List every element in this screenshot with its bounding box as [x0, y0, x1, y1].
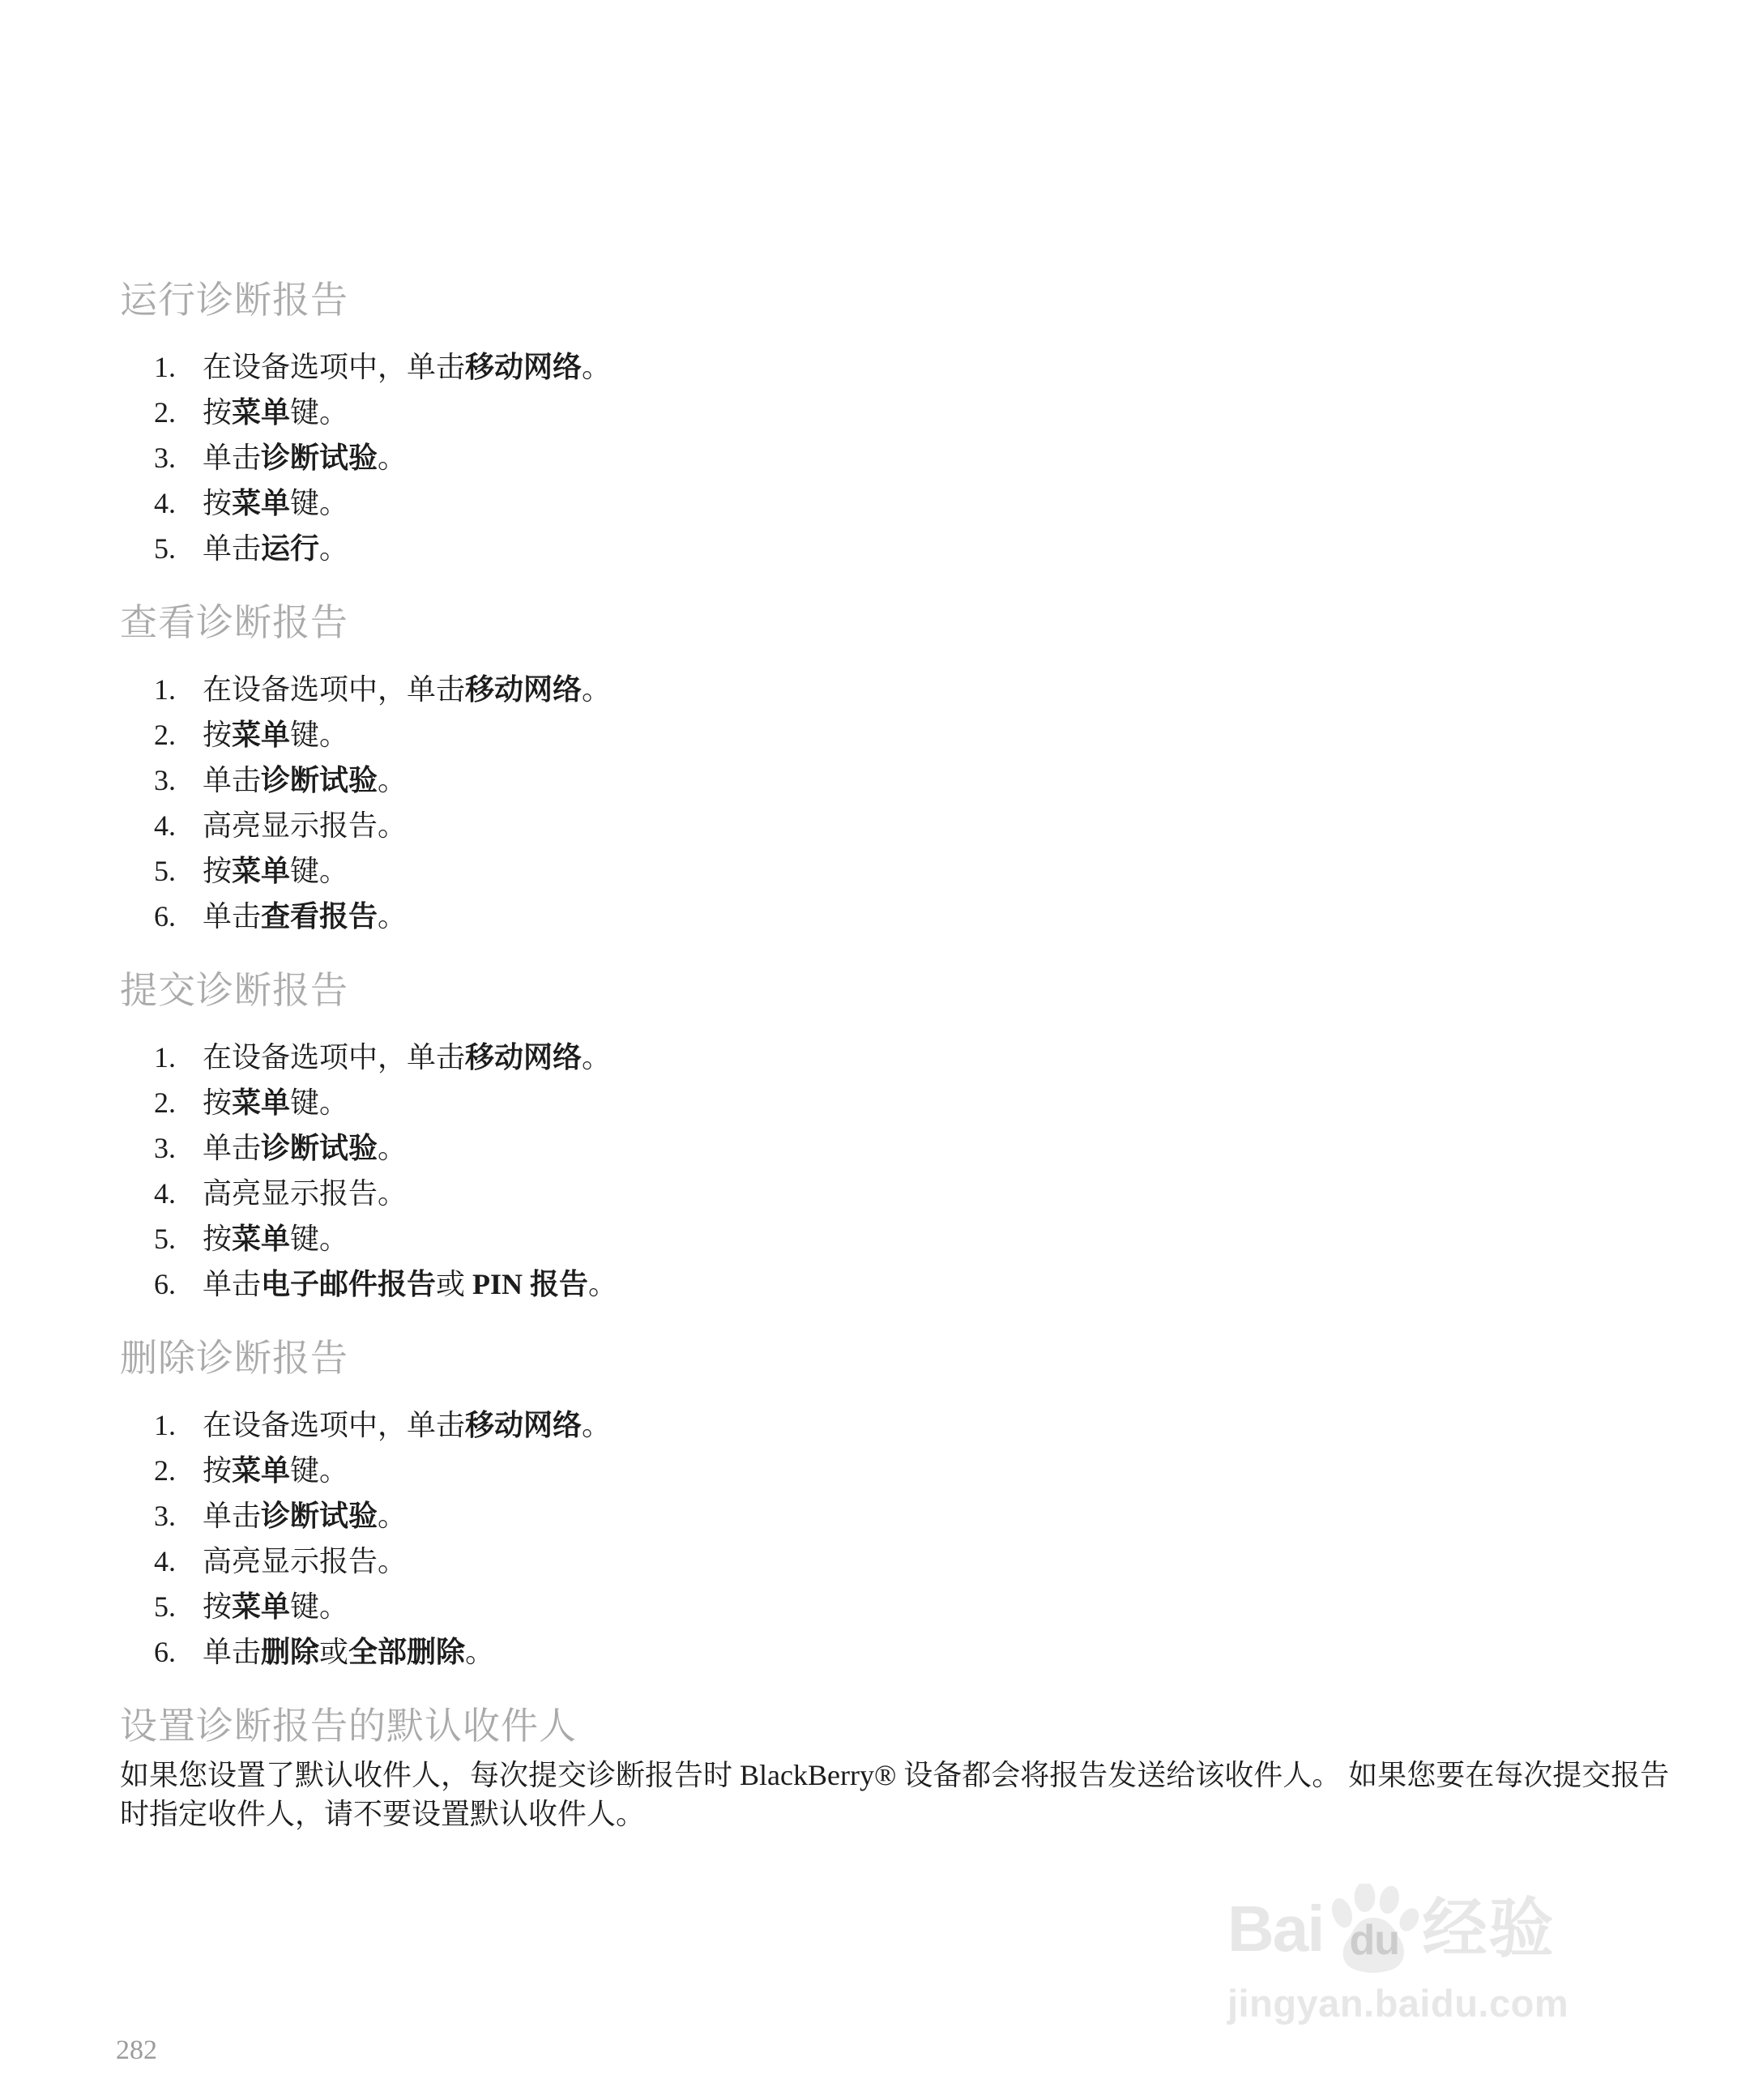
step-text-bold: 电子邮件报告	[261, 1268, 436, 1300]
section: 运行诊断报告1.在设备选项中，单击移动网络。2.按菜单键。3.单击诊断试验。4.…	[120, 280, 1684, 571]
section-paragraph: 如果您设置了默认收件人，每次提交诊断报告时 BlackBerry® 设备都会将报…	[120, 1756, 1684, 1833]
step-text-segment: 。	[582, 351, 611, 383]
step-number: 4.	[154, 1171, 203, 1216]
step-list: 1.在设备选项中，单击移动网络。2.按菜单键。3.单击诊断试验。4.高亮显示报告…	[120, 1402, 1684, 1675]
step-text-segment: 按	[203, 1454, 232, 1487]
step-number: 6.	[154, 1261, 203, 1307]
step-item: 5.按菜单键。	[154, 1216, 1684, 1261]
step-number: 5.	[154, 1216, 203, 1261]
step-text: 按菜单键。	[203, 396, 348, 429]
step-text-bold: 诊断试验	[261, 764, 378, 796]
step-text-segment: 。	[378, 442, 407, 474]
step-text: 在设备选项中，单击移动网络。	[203, 673, 611, 706]
baidu-jingyan-watermark: Bai du 经验 jingyan.baidu.com	[1227, 1884, 1681, 2025]
step-number: 3.	[154, 758, 203, 803]
step-text-bold: 移动网络	[465, 1041, 582, 1073]
step-text-segment: 单击	[203, 764, 261, 796]
step-text-segment: 。	[582, 673, 611, 706]
step-text-bold: 菜单	[232, 487, 290, 519]
step-text-segment: 键。	[290, 1454, 348, 1487]
step-text-segment: 按	[203, 396, 232, 429]
step-text-segment: 键。	[290, 396, 348, 429]
step-text-segment: 键。	[290, 855, 348, 887]
page-number: 282	[116, 2035, 157, 2066]
step-text-bold: 诊断试验	[261, 1500, 378, 1532]
step-text-segment: 键。	[290, 1086, 348, 1119]
step-number: 2.	[154, 390, 203, 435]
step-number: 6.	[154, 1629, 203, 1675]
step-text-bold: 查看报告	[261, 900, 378, 933]
step-text-bold: 诊断试验	[261, 1132, 378, 1164]
step-text-bold: 菜单	[232, 1590, 290, 1623]
step-text-segment: 单击	[203, 1132, 261, 1164]
step-text-segment: 单击	[203, 1500, 261, 1532]
step-text: 按菜单键。	[203, 1454, 348, 1487]
step-text-segment: 。	[588, 1268, 617, 1300]
step-number: 3.	[154, 435, 203, 480]
step-text-segment: 按	[203, 719, 232, 751]
step-list: 1.在设备选项中，单击移动网络。2.按菜单键。3.单击诊断试验。4.高亮显示报告…	[120, 1035, 1684, 1307]
step-text-bold: 删除	[261, 1636, 319, 1668]
step-number: 3.	[154, 1125, 203, 1171]
step-text-segment: 。	[378, 764, 407, 796]
step-text-bold: 移动网络	[465, 1409, 582, 1441]
step-item: 6.单击删除或全部删除。	[154, 1629, 1684, 1675]
step-item: 4.高亮显示报告。	[154, 1539, 1684, 1584]
step-item: 4.高亮显示报告。	[154, 1171, 1684, 1216]
step-text-bold: 运行	[261, 532, 319, 565]
step-number: 1.	[154, 1035, 203, 1080]
step-text-segment: 按	[203, 855, 232, 887]
step-text-segment: 。	[582, 1041, 611, 1073]
step-item: 2.按菜单键。	[154, 390, 1684, 435]
step-item: 1.在设备选项中，单击移动网络。	[154, 344, 1684, 390]
step-text-segment: 单击	[203, 442, 261, 474]
step-text-bold: 菜单	[232, 1086, 290, 1119]
step-text-bold: 菜单	[232, 1223, 290, 1255]
step-text-segment: 按	[203, 1223, 232, 1255]
step-text-segment: 。	[319, 532, 348, 565]
section: 设置诊断报告的默认收件人如果您设置了默认收件人，每次提交诊断报告时 BlackB…	[120, 1705, 1684, 1833]
section-title: 设置诊断报告的默认收件人	[120, 1705, 1684, 1748]
step-number: 5.	[154, 848, 203, 894]
step-number: 6.	[154, 894, 203, 939]
step-item: 1.在设备选项中，单击移动网络。	[154, 1402, 1684, 1448]
step-number: 1.	[154, 1402, 203, 1448]
step-text-segment: 按	[203, 487, 232, 519]
step-text-bold: 全部删除	[348, 1636, 465, 1668]
step-text: 按菜单键。	[203, 1086, 348, 1119]
step-item: 3.单击诊断试验。	[154, 1125, 1684, 1171]
step-text: 按菜单键。	[203, 1590, 348, 1623]
step-text: 单击电子邮件报告或 PIN 报告。	[203, 1268, 617, 1300]
step-text-segment: 。	[378, 900, 407, 933]
step-text-segment: 按	[203, 1086, 232, 1119]
step-number: 1.	[154, 667, 203, 712]
step-text-segment: 键。	[290, 719, 348, 751]
step-number: 4.	[154, 1539, 203, 1584]
step-number: 3.	[154, 1493, 203, 1539]
baidu-logo-text-bai: Bai	[1227, 1897, 1324, 1961]
step-text-segment: 。	[582, 1409, 611, 1441]
section: 删除诊断报告1.在设备选项中，单击移动网络。2.按菜单键。3.单击诊断试验。4.…	[120, 1338, 1684, 1675]
step-number: 5.	[154, 1584, 203, 1629]
step-number: 1.	[154, 344, 203, 390]
step-text: 按菜单键。	[203, 719, 348, 751]
step-number: 4.	[154, 803, 203, 848]
step-text-segment: 单击	[203, 1268, 261, 1300]
step-item: 4.高亮显示报告。	[154, 803, 1684, 848]
step-text: 在设备选项中，单击移动网络。	[203, 1409, 611, 1441]
step-text: 单击诊断试验。	[203, 1500, 407, 1532]
step-text-bold: 诊断试验	[261, 442, 378, 474]
step-text-segment: 或	[436, 1268, 472, 1300]
step-text-bold: 移动网络	[465, 351, 582, 383]
step-item: 5.按菜单键。	[154, 848, 1684, 894]
step-text: 单击诊断试验。	[203, 442, 407, 474]
step-item: 1.在设备选项中，单击移动网络。	[154, 667, 1684, 712]
step-text-segment: 键。	[290, 1223, 348, 1255]
step-number: 2.	[154, 1080, 203, 1125]
step-text-bold: 菜单	[232, 1454, 290, 1487]
step-text: 按菜单键。	[203, 1223, 348, 1255]
step-item: 3.单击诊断试验。	[154, 1493, 1684, 1539]
step-text: 高亮显示报告。	[203, 809, 407, 842]
step-text-segment: 。	[378, 1500, 407, 1532]
step-item: 5.单击运行。	[154, 526, 1684, 571]
step-text-bold: PIN 报告	[472, 1268, 588, 1300]
step-text-segment: 键。	[290, 1590, 348, 1623]
step-number: 4.	[154, 480, 203, 526]
section-title: 提交诊断报告	[120, 970, 1684, 1012]
baidu-logo: Bai du 经验	[1227, 1884, 1681, 1974]
step-text: 单击删除或全部删除。	[203, 1636, 494, 1668]
step-text-segment: 键。	[290, 487, 348, 519]
page-content: 运行诊断报告1.在设备选项中，单击移动网络。2.按菜单键。3.单击诊断试验。4.…	[120, 249, 1684, 1833]
step-item: 4.按菜单键。	[154, 480, 1684, 526]
step-text: 单击诊断试验。	[203, 1132, 407, 1164]
step-number: 5.	[154, 526, 203, 571]
section-title: 运行诊断报告	[120, 280, 1684, 322]
step-text-segment: 在设备选项中，单击	[203, 1409, 465, 1441]
step-text: 按菜单键。	[203, 487, 348, 519]
step-text-segment: 在设备选项中，单击	[203, 673, 465, 706]
watermark-url: jingyan.baidu.com	[1227, 1981, 1681, 2025]
step-text: 单击诊断试验。	[203, 764, 407, 796]
step-text-segment: 在设备选项中，单击	[203, 351, 465, 383]
step-text-segment: 单击	[203, 900, 261, 933]
step-item: 2.按菜单键。	[154, 1080, 1684, 1125]
step-item: 3.单击诊断试验。	[154, 435, 1684, 480]
step-text-bold: 菜单	[232, 855, 290, 887]
section: 查看诊断报告1.在设备选项中，单击移动网络。2.按菜单键。3.单击诊断试验。4.…	[120, 602, 1684, 939]
step-text: 高亮显示报告。	[203, 1545, 407, 1577]
step-text: 在设备选项中，单击移动网络。	[203, 351, 611, 383]
step-text: 单击运行。	[203, 532, 348, 565]
step-item: 3.单击诊断试验。	[154, 758, 1684, 803]
step-text-segment: 。	[378, 1132, 407, 1164]
baidu-logo-text-jingyan: 经验	[1423, 1897, 1556, 1961]
step-text-bold: 移动网络	[465, 673, 582, 706]
step-text-segment: 单击	[203, 1636, 261, 1668]
step-list: 1.在设备选项中，单击移动网络。2.按菜单键。3.单击诊断试验。4.高亮显示报告…	[120, 667, 1684, 939]
step-item: 2.按菜单键。	[154, 712, 1684, 758]
step-item: 1.在设备选项中，单击移动网络。	[154, 1035, 1684, 1080]
section: 提交诊断报告1.在设备选项中，单击移动网络。2.按菜单键。3.单击诊断试验。4.…	[120, 970, 1684, 1307]
step-text: 单击查看报告。	[203, 900, 407, 933]
section-title: 删除诊断报告	[120, 1338, 1684, 1380]
step-text: 在设备选项中，单击移动网络。	[203, 1041, 611, 1073]
step-text-segment: 或	[319, 1636, 348, 1668]
baidu-logo-text-du: du	[1350, 1919, 1400, 1961]
step-text-segment: 高亮显示报告。	[203, 1177, 407, 1210]
step-item: 2.按菜单键。	[154, 1448, 1684, 1493]
step-number: 2.	[154, 1448, 203, 1493]
step-item: 6.单击电子邮件报告或 PIN 报告。	[154, 1261, 1684, 1307]
step-text-bold: 菜单	[232, 396, 290, 429]
step-item: 6.单击查看报告。	[154, 894, 1684, 939]
step-text-segment: 单击	[203, 532, 261, 565]
step-item: 5.按菜单键。	[154, 1584, 1684, 1629]
step-text-segment: 按	[203, 1590, 232, 1623]
step-text-bold: 菜单	[232, 719, 290, 751]
step-number: 2.	[154, 712, 203, 758]
step-text: 高亮显示报告。	[203, 1177, 407, 1210]
step-text-segment: 高亮显示报告。	[203, 1545, 407, 1577]
step-text: 按菜单键。	[203, 855, 348, 887]
baidu-paw-icon: du	[1325, 1884, 1421, 1974]
section-title: 查看诊断报告	[120, 602, 1684, 644]
step-list: 1.在设备选项中，单击移动网络。2.按菜单键。3.单击诊断试验。4.按菜单键。5…	[120, 344, 1684, 571]
step-text-segment: 高亮显示报告。	[203, 809, 407, 842]
step-text-segment: 在设备选项中，单击	[203, 1041, 465, 1073]
step-text-segment: 。	[465, 1636, 494, 1668]
